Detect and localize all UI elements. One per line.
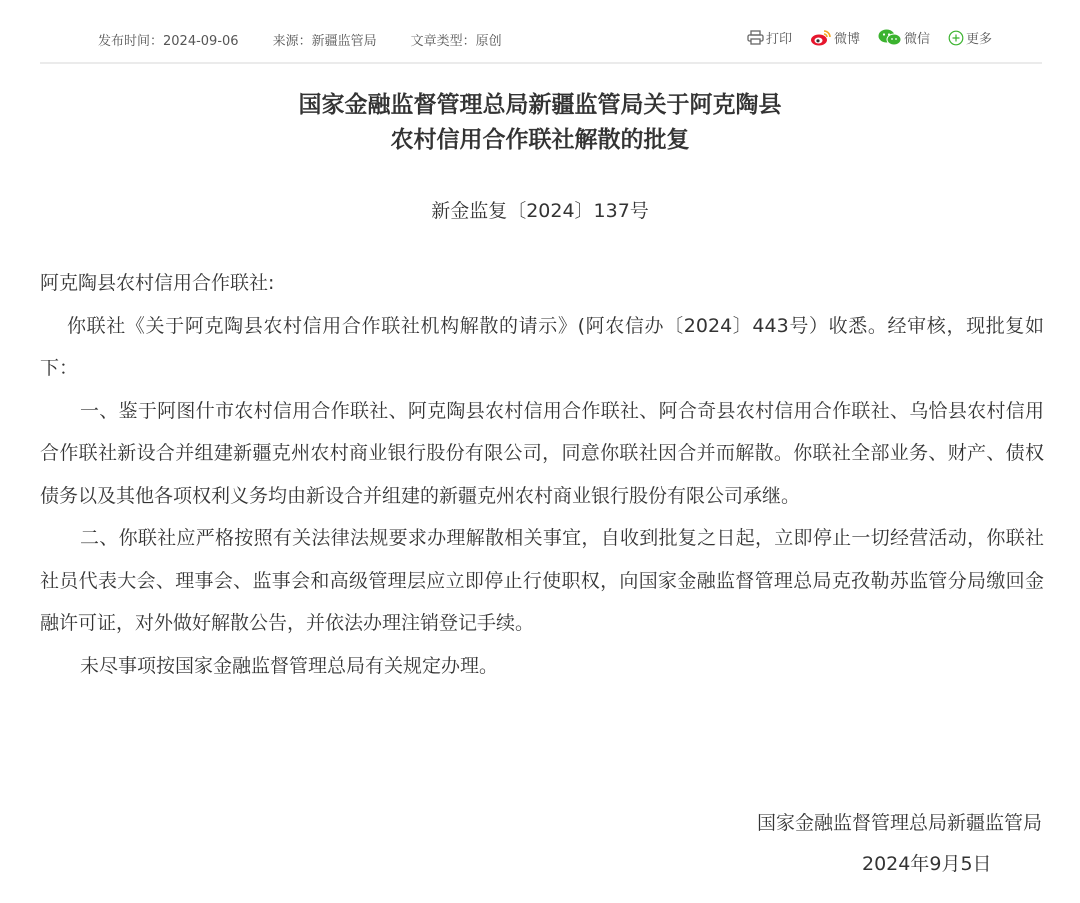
publish-time: 发布时间：2024-09-06 [98, 30, 239, 49]
printer-icon [747, 30, 764, 45]
title-line-1: 国家金融监督管理总局新疆监管局关于阿克陶县 [0, 88, 1080, 123]
body-paragraph: 二、你联社应严格按照有关法律法规要求办理解散相关事宜，自收到批复之日起，立即停止… [40, 517, 1044, 645]
body-paragraph: 一、鉴于阿图什市农村信用合作联社、阿克陶县农村信用合作联社、阿合奇县农村信用合作… [40, 390, 1044, 518]
article-meta: 发布时间：2024-09-06 来源：新疆监管局 文章类型：原创 [98, 30, 502, 49]
issuer-signature: 国家金融监督管理总局新疆监管局 [757, 808, 1042, 835]
salutation: 阿克陶县农村信用合作联社: [40, 262, 1044, 305]
weibo-icon [810, 29, 832, 46]
title-line-2: 农村信用合作联社解散的批复 [0, 123, 1080, 158]
source-label: 来源： [273, 34, 312, 49]
weibo-share-button[interactable]: 微博 [810, 28, 860, 47]
document-title: 国家金融监督管理总局新疆监管局关于阿克陶县 农村信用合作联社解散的批复 [0, 88, 1080, 158]
document-number: 新金监复〔2024〕137号 [0, 196, 1080, 223]
publish-time-value: 2024-09-06 [163, 34, 239, 49]
print-button[interactable]: 打印 [747, 28, 792, 47]
plus-circle-icon [948, 30, 964, 46]
wechat-label: 微信 [904, 28, 930, 47]
source: 来源：新疆监管局 [273, 30, 377, 49]
source-value: 新疆监管局 [312, 34, 377, 49]
more-share-button[interactable]: 更多 [948, 28, 992, 47]
article-meta-bar: 发布时间：2024-09-06 来源：新疆监管局 文章类型：原创 打印 微博 微… [40, 0, 1042, 64]
print-label: 打印 [766, 28, 792, 47]
issue-date: 2024年9月5日 [862, 849, 992, 876]
article-type-value: 原创 [476, 34, 502, 49]
wechat-share-button[interactable]: 微信 [878, 28, 930, 47]
wechat-icon [878, 29, 902, 46]
weibo-label: 微博 [834, 28, 860, 47]
article-type-label: 文章类型： [411, 34, 476, 49]
body-paragraph: 你联社《关于阿克陶县农村信用合作联社机构解散的请示》(阿农信办〔2024〕443… [40, 305, 1044, 390]
body-paragraph: 未尽事项按国家金融监督管理总局有关规定办理。 [40, 645, 1044, 688]
publish-time-label: 发布时间： [98, 34, 163, 49]
document-body: 阿克陶县农村信用合作联社: 你联社《关于阿克陶县农村信用合作联社机构解散的请示》… [40, 262, 1044, 687]
more-label: 更多 [966, 28, 992, 47]
article-type: 文章类型：原创 [411, 30, 502, 49]
share-toolbar: 打印 微博 微信 更多 [747, 28, 992, 47]
